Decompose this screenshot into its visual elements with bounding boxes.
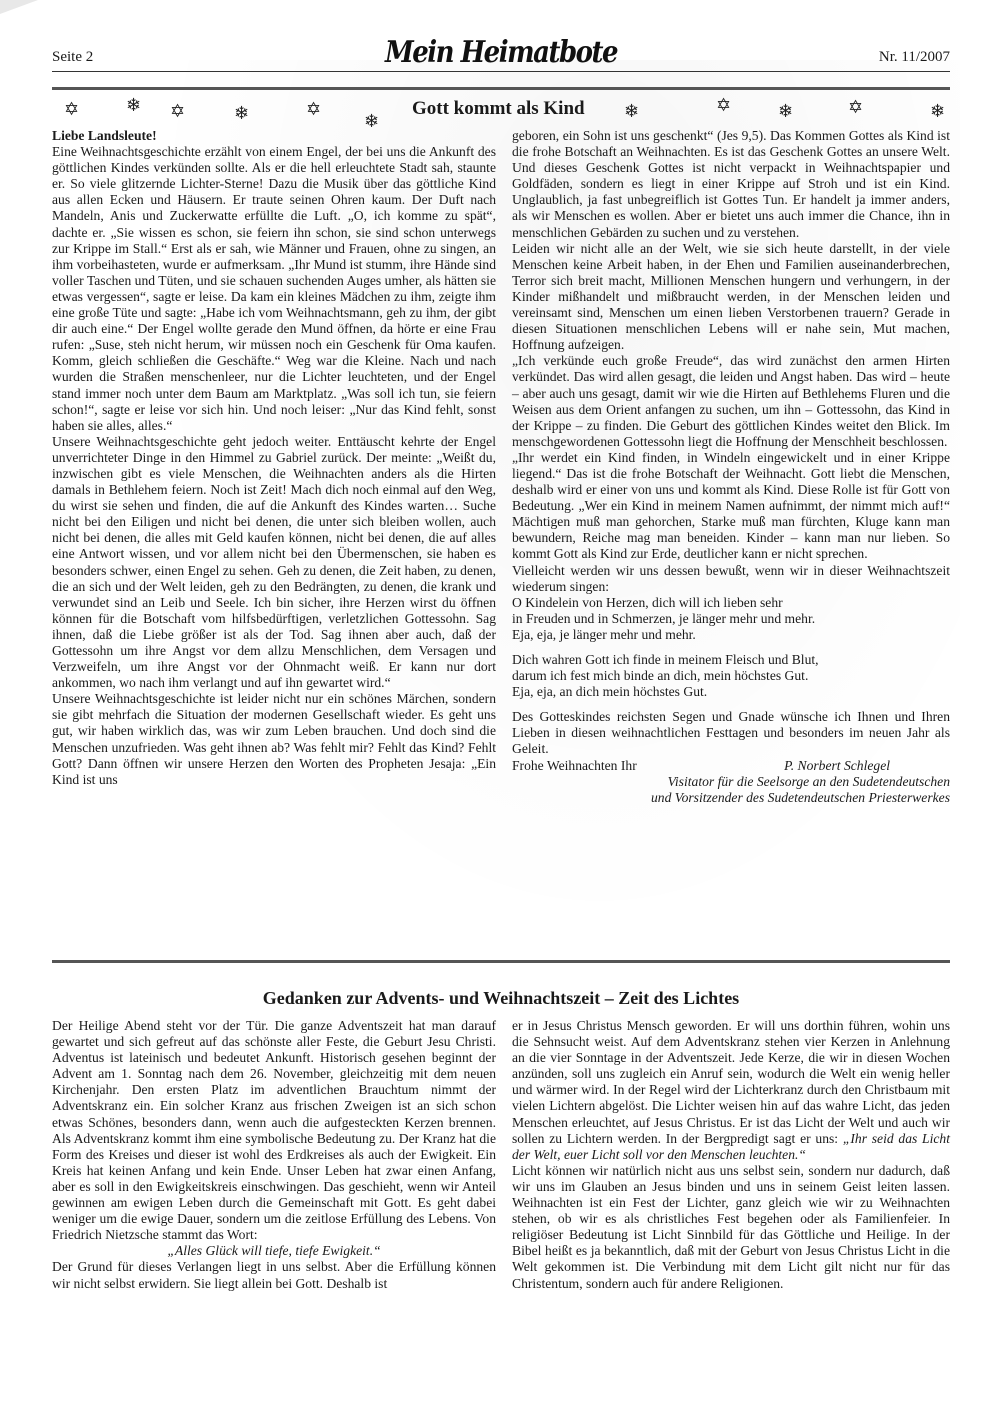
star-icon: ✡ — [848, 98, 863, 116]
star-icon: ✡ — [64, 100, 79, 118]
verse-line: Eja, eja, je länger mehr und mehr. — [512, 627, 950, 643]
newspaper-page: Seite 2 Mein Heimatbote Nr. 11/2007 ✡ ❄ … — [0, 0, 1000, 1412]
verse-line: Dich wahren Gott ich finde in meinem Fle… — [512, 652, 950, 668]
article-title: Gott kommt als Kind — [412, 98, 585, 120]
greeting: Frohe Weihnachten Ihr — [512, 758, 637, 774]
paragraph: „Ihr werdet ein Kind finden, in Windeln … — [512, 450, 950, 563]
article2-left-column: Der Heilige Abend steht vor der Tür. Die… — [52, 1018, 496, 1292]
hymn-verse-1: O Kindelein von Herzen, dich will ich li… — [512, 595, 950, 643]
article-title-row: ✡ ❄ ✡ ❄ ✡ ❄ Gott kommt als Kind ❄ ✡ ❄ ✡ … — [52, 96, 950, 132]
page-corner-fold — [0, 0, 38, 14]
masthead-logo: Mein Heimatbote — [52, 36, 950, 71]
snowflake-icon: ❄ — [930, 102, 945, 120]
article1-left-column: Liebe Landsleute! Eine Weihnachtsgeschic… — [52, 128, 496, 788]
header-divider — [52, 71, 950, 72]
snowflake-icon: ❄ — [234, 104, 249, 122]
paragraph: Vielleicht werden wir uns dessen bewußt,… — [512, 563, 950, 595]
paragraph: Leiden wir nicht alle an der Welt, wie s… — [512, 241, 950, 354]
star-icon: ✡ — [716, 96, 731, 114]
author-role: und Vorsitzender des Sudetendeutschen Pr… — [512, 790, 950, 806]
closing-paragraph: Des Gotteskindes reichsten Segen und Gna… — [512, 709, 950, 757]
paragraph: Unsere Weihnachtsgeschichte geht jedoch … — [52, 434, 496, 692]
author-role: Visitator für die Seelsorge an den Sudet… — [512, 774, 950, 790]
paragraph: er in Jesus Christus Mensch geworden. Er… — [512, 1018, 950, 1163]
snowflake-icon: ❄ — [778, 102, 793, 120]
snowflake-icon: ❄ — [624, 102, 639, 120]
page-header: Seite 2 Mein Heimatbote Nr. 11/2007 — [52, 26, 950, 70]
nietzsche-quote: „Alles Glück will tiefe, tiefe Ewigkeit.… — [52, 1243, 496, 1259]
star-icon: ✡ — [170, 102, 185, 120]
hymn-verse-2: Dich wahren Gott ich finde in meinem Fle… — [512, 652, 950, 700]
article1-right-column: geboren, ein Sohn ist uns geschenkt“ (Je… — [512, 128, 950, 806]
salutation: Liebe Landsleute! — [52, 128, 496, 144]
section-divider-top — [52, 87, 950, 90]
paragraph: Eine Weihnachtsgeschichte erzählt von ei… — [52, 144, 496, 434]
snowflake-icon: ❄ — [126, 96, 141, 114]
section-divider-middle — [52, 960, 950, 963]
paragraph: Licht können wir natürlich nicht aus uns… — [512, 1163, 950, 1292]
paragraph: geboren, ein Sohn ist uns geschenkt“ (Je… — [512, 128, 950, 241]
paragraph: „Ich verkünde euch große Freude“, das wi… — [512, 353, 950, 450]
verse-line: in Freuden und in Schmerzen, je länger m… — [512, 611, 950, 627]
paragraph: Der Heilige Abend steht vor der Tür. Die… — [52, 1018, 496, 1243]
article2-title: Gedanken zur Advents- und Weihnachtszeit… — [52, 988, 950, 1009]
paragraph-text: er in Jesus Christus Mensch geworden. Er… — [512, 1018, 950, 1146]
paragraph: Der Grund für dieses Verlangen liegt in … — [52, 1259, 496, 1291]
paragraph: Unsere Weihnachtsgeschichte ist leider n… — [52, 691, 496, 788]
author-name: P. Norbert Schlegel — [784, 758, 950, 774]
verse-line: O Kindelein von Herzen, dich will ich li… — [512, 595, 950, 611]
verse-line: darum ich fest mich binde an dich, mein … — [512, 668, 950, 684]
signature-row: Frohe Weihnachten Ihr P. Norbert Schlege… — [512, 758, 950, 774]
star-icon: ✡ — [306, 100, 321, 118]
article2-right-column: er in Jesus Christus Mensch geworden. Er… — [512, 1018, 950, 1292]
verse-line: Eja, eja, an dich mein höchstes Gut. — [512, 684, 950, 700]
issue-number: Nr. 11/2007 — [879, 49, 950, 66]
